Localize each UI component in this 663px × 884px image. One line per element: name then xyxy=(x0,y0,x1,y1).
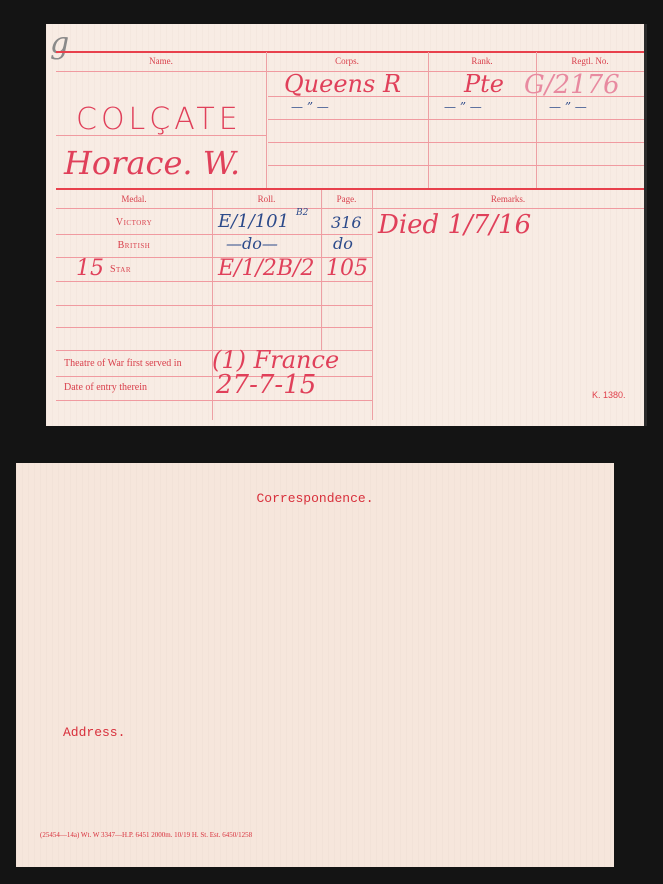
header-rank: Rank. xyxy=(428,56,536,66)
medal-label-victory: Victory xyxy=(56,217,212,228)
header-corps: Corps. xyxy=(266,56,428,66)
rule xyxy=(56,51,644,53)
divider xyxy=(372,190,373,420)
corps-value: Queens R xyxy=(284,70,401,98)
date-value: 27-7-15 xyxy=(216,370,316,400)
regt-no-ditto: — ” — xyxy=(549,100,587,114)
header-remarks: Remarks. xyxy=(372,194,644,204)
medal-prefix-star: 15 xyxy=(76,256,104,281)
forenames: Horace. W. xyxy=(64,144,240,182)
rule xyxy=(268,142,644,143)
rule xyxy=(56,281,372,282)
divider xyxy=(266,52,267,188)
rule xyxy=(56,208,644,209)
form-number: K. 1380. xyxy=(592,390,626,400)
roll-note-victory: B2 xyxy=(296,208,308,218)
rank-value: Pte xyxy=(464,70,504,98)
date-label: Date of entry therein xyxy=(64,382,147,393)
rule xyxy=(56,234,372,235)
rule xyxy=(56,188,644,190)
correspondence-title: Correspondence. xyxy=(16,491,614,506)
header-page: Page. xyxy=(321,194,372,204)
divider xyxy=(428,52,429,188)
medal-label-star: Star xyxy=(110,264,131,275)
address-label: Address. xyxy=(63,725,125,740)
divider xyxy=(321,190,322,350)
rule xyxy=(56,327,372,328)
surname: COLÇATE xyxy=(76,102,242,137)
medal-label-british: British xyxy=(56,240,212,251)
rule xyxy=(56,400,372,401)
rule xyxy=(56,305,372,306)
regt-no-value: G/2176 xyxy=(524,70,620,100)
remarks-value: Died 1/7/16 xyxy=(378,210,531,240)
corps-ditto: — ” — xyxy=(291,100,329,114)
roll-british: —do— xyxy=(226,234,278,253)
roll-victory: E/1/101 xyxy=(218,211,289,232)
theatre-label: Theatre of War first served in xyxy=(64,358,182,369)
header-roll: Roll. xyxy=(212,194,321,204)
rank-ditto: — ” — xyxy=(444,100,482,114)
header-regt-no: Regtl. No. xyxy=(536,56,644,66)
rule xyxy=(268,165,644,166)
medal-index-card-front: g Name. Corps. Rank. Regtl. No. COLÇATE … xyxy=(46,24,647,426)
printer-imprint: (25454—14a) Wt. W 3347—H.P. 6451 2000m. … xyxy=(40,831,252,839)
header-medal: Medal. xyxy=(56,194,212,204)
rule xyxy=(268,119,644,120)
roll-star: E/1/2B/2 xyxy=(218,256,314,281)
rule xyxy=(56,376,372,377)
medal-index-card-back: Correspondence. Address. (25454—14a) Wt.… xyxy=(16,463,614,867)
header-name: Name. xyxy=(56,56,266,66)
page-star: 105 xyxy=(326,256,368,281)
page-british: do xyxy=(333,234,353,253)
page-victory: 316 xyxy=(331,213,362,232)
